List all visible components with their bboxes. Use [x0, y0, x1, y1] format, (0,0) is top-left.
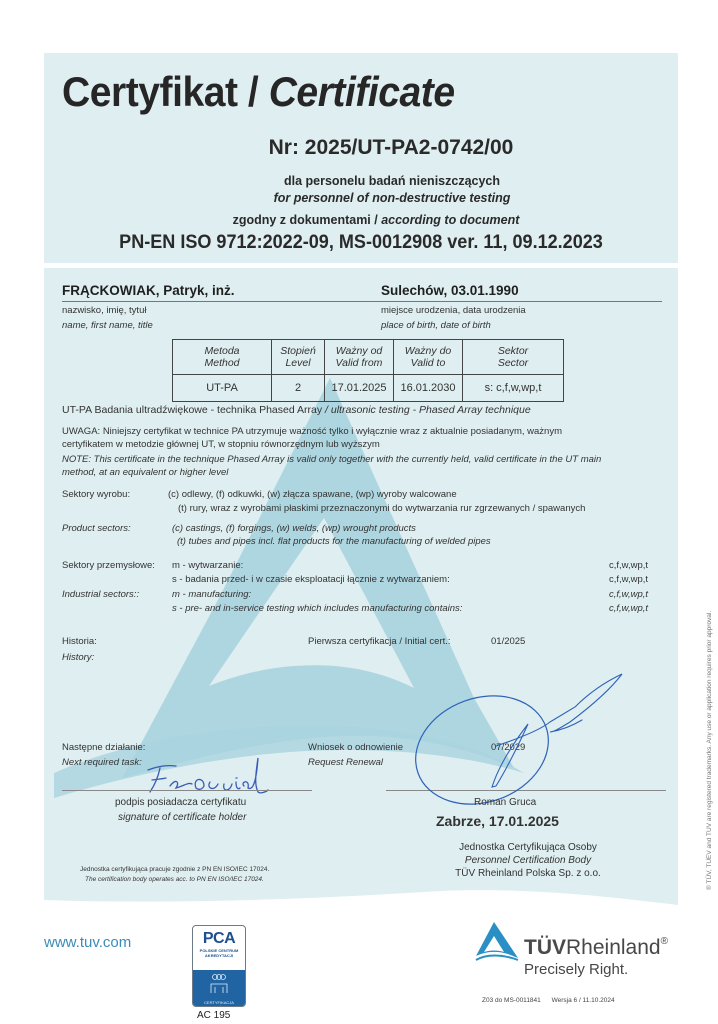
- accreditation-note-en: The certification body operates acc. to …: [85, 876, 264, 883]
- renewal-label-pl: Wniosek o odnowienie: [308, 742, 403, 753]
- holder-signature-line: [62, 790, 312, 791]
- column-header: Ważny doValid to: [394, 340, 463, 375]
- method-description: UT-PA Badania ultradźwiękowe - technika …: [62, 404, 531, 416]
- product-sectors-label-en: Product sectors:: [62, 523, 131, 534]
- table-row: UT-PA 2 17.01.2025 16.01.2030 s: c,f,w,w…: [173, 375, 564, 402]
- form-identifier: Z03 do MS-0011841 Wersja 6 / 11.10.2024: [482, 997, 615, 1004]
- product-sectors-line-1-en: (c) castings, (f) forgings, (w) welds, (…: [172, 523, 416, 534]
- next-task-label-en: Next required task:: [62, 757, 142, 768]
- trademark-notice: ® TÜV, TUEV and TUV are registered trade…: [706, 611, 713, 890]
- personnel-type-pl: dla personelu badań nieniszczących: [44, 174, 678, 188]
- website-link[interactable]: www.tuv.com: [44, 934, 131, 951]
- table-header-row: MetodaMethod StopieńLevel Ważny odValid …: [173, 340, 564, 375]
- column-header: MetodaMethod: [173, 340, 272, 375]
- people-icon: [207, 973, 231, 995]
- valid-to-cell: 16.01.2030: [394, 375, 463, 402]
- industrial-sectors-label-pl: Sektory przemysłowe:: [62, 560, 155, 571]
- column-header: StopieńLevel: [272, 340, 325, 375]
- industrial-sector-text: s - badania przed- i w czasie eksploatac…: [172, 574, 450, 585]
- industrial-sector-value: c,f,w,wp,t: [609, 560, 648, 571]
- issuer-line-2: Personnel Certification Body: [418, 855, 638, 866]
- certificate-title: Certyfikat / Certificate: [62, 68, 455, 116]
- name-label-pl: nazwisko, imię, tytuł: [62, 305, 146, 316]
- brand-claim: Precisely Right.: [524, 961, 628, 978]
- holder-signature-label-en: signature of certificate holder: [118, 812, 246, 823]
- holder-signature-label-pl: podpis posiadacza certyfikatu: [115, 797, 246, 808]
- pca-accreditation-badge: PCA POLSKIE CENTRUM AKREDYTACJI CERTYFIK…: [192, 925, 246, 1007]
- holder-birth: Sulechów, 03.01.1990: [381, 283, 519, 298]
- issuer-signature-icon: [400, 662, 640, 812]
- product-sectors-line-2-en: (t) tubes and pipes incl. flat products …: [177, 536, 491, 547]
- industrial-sector-text: m - wytwarzanie:: [172, 560, 243, 571]
- initial-cert-value: 01/2025: [491, 636, 525, 647]
- note-en: NOTE: This certificate in the technique …: [62, 453, 622, 479]
- column-header: Ważny odValid from: [325, 340, 394, 375]
- product-sectors-line-2-pl: (t) rury, wraz z wyrobami płaskimi przez…: [178, 503, 585, 514]
- standard-reference: PN-EN ISO 9712:2022-09, MS-0012908 ver. …: [60, 232, 662, 254]
- certificate-number: Nr: 2025/UT-PA2-0742/00: [44, 136, 678, 160]
- tuv-triangle-logo-icon: [474, 920, 520, 962]
- industrial-sector-value: c,f,w,wp,t: [609, 603, 648, 614]
- accreditation-note-pl: Jednostka certyfikująca pracuje zgodnie …: [80, 866, 269, 873]
- note-pl: UWAGA: Niniejszy certyfikat w technice P…: [62, 425, 582, 451]
- product-sectors-line-1-pl: (c) odlewy, (f) odkuwki, (w) złącza spaw…: [168, 489, 457, 500]
- signer-name: Roman Gruca: [474, 797, 536, 808]
- industrial-sectors-label-en: Industrial sectors::: [62, 589, 139, 600]
- birth-label-pl: miejsce urodzenia, data urodzenia: [381, 305, 526, 316]
- issuer-line-3: TÜV Rheinland Polska Sp. z o.o.: [418, 868, 638, 879]
- industrial-sector-value: c,f,w,wp,t: [609, 589, 648, 600]
- industrial-sector-value: c,f,w,wp,t: [609, 574, 648, 585]
- initial-cert-label: Pierwsza certyfikacja / Initial cert.:: [308, 636, 451, 647]
- product-sectors-label-pl: Sektory wyrobu:: [62, 489, 130, 500]
- renewal-label-en: Request Renewal: [308, 757, 383, 768]
- birth-label-en: place of birth, date of birth: [381, 320, 491, 331]
- holder-name: FRĄCKOWIAK, Patryk, inż.: [62, 283, 235, 298]
- accreditation-number: AC 195: [197, 1010, 230, 1021]
- industrial-sector-text: m - manufacturing:: [172, 589, 251, 600]
- column-header: SektorSector: [463, 340, 564, 375]
- according-to-document: zgodny z dokumentami / according to docu…: [44, 213, 678, 227]
- issuer-line-1: Jednostka Certyfikująca Osoby: [418, 842, 638, 853]
- pca-caption: OSÓB: [193, 1005, 245, 1007]
- next-task-label-pl: Następne działanie:: [62, 742, 145, 753]
- level-cell: 2: [272, 375, 325, 402]
- brand-wordmark: TÜVRheinland®: [524, 936, 668, 960]
- history-label-en: History:: [62, 652, 94, 663]
- history-label-pl: Historia:: [62, 636, 97, 647]
- sector-cell: s: c,f,w,wp,t: [463, 375, 564, 402]
- pca-subtitle: AKREDYTACJI: [193, 953, 245, 958]
- method-cell: UT-PA: [173, 375, 272, 402]
- name-label-en: name, first name, title: [62, 320, 153, 331]
- valid-from-cell: 17.01.2025: [325, 375, 394, 402]
- certification-table: MetodaMethod StopieńLevel Ważny odValid …: [172, 339, 564, 402]
- personnel-type-en: for personnel of non-destructive testing: [44, 191, 678, 205]
- issue-place-date: Zabrze, 17.01.2025: [436, 813, 559, 829]
- industrial-sector-text: s - pre- and in-service testing which in…: [172, 603, 462, 614]
- pca-logo: PCA: [193, 930, 245, 948]
- divider: [62, 301, 662, 302]
